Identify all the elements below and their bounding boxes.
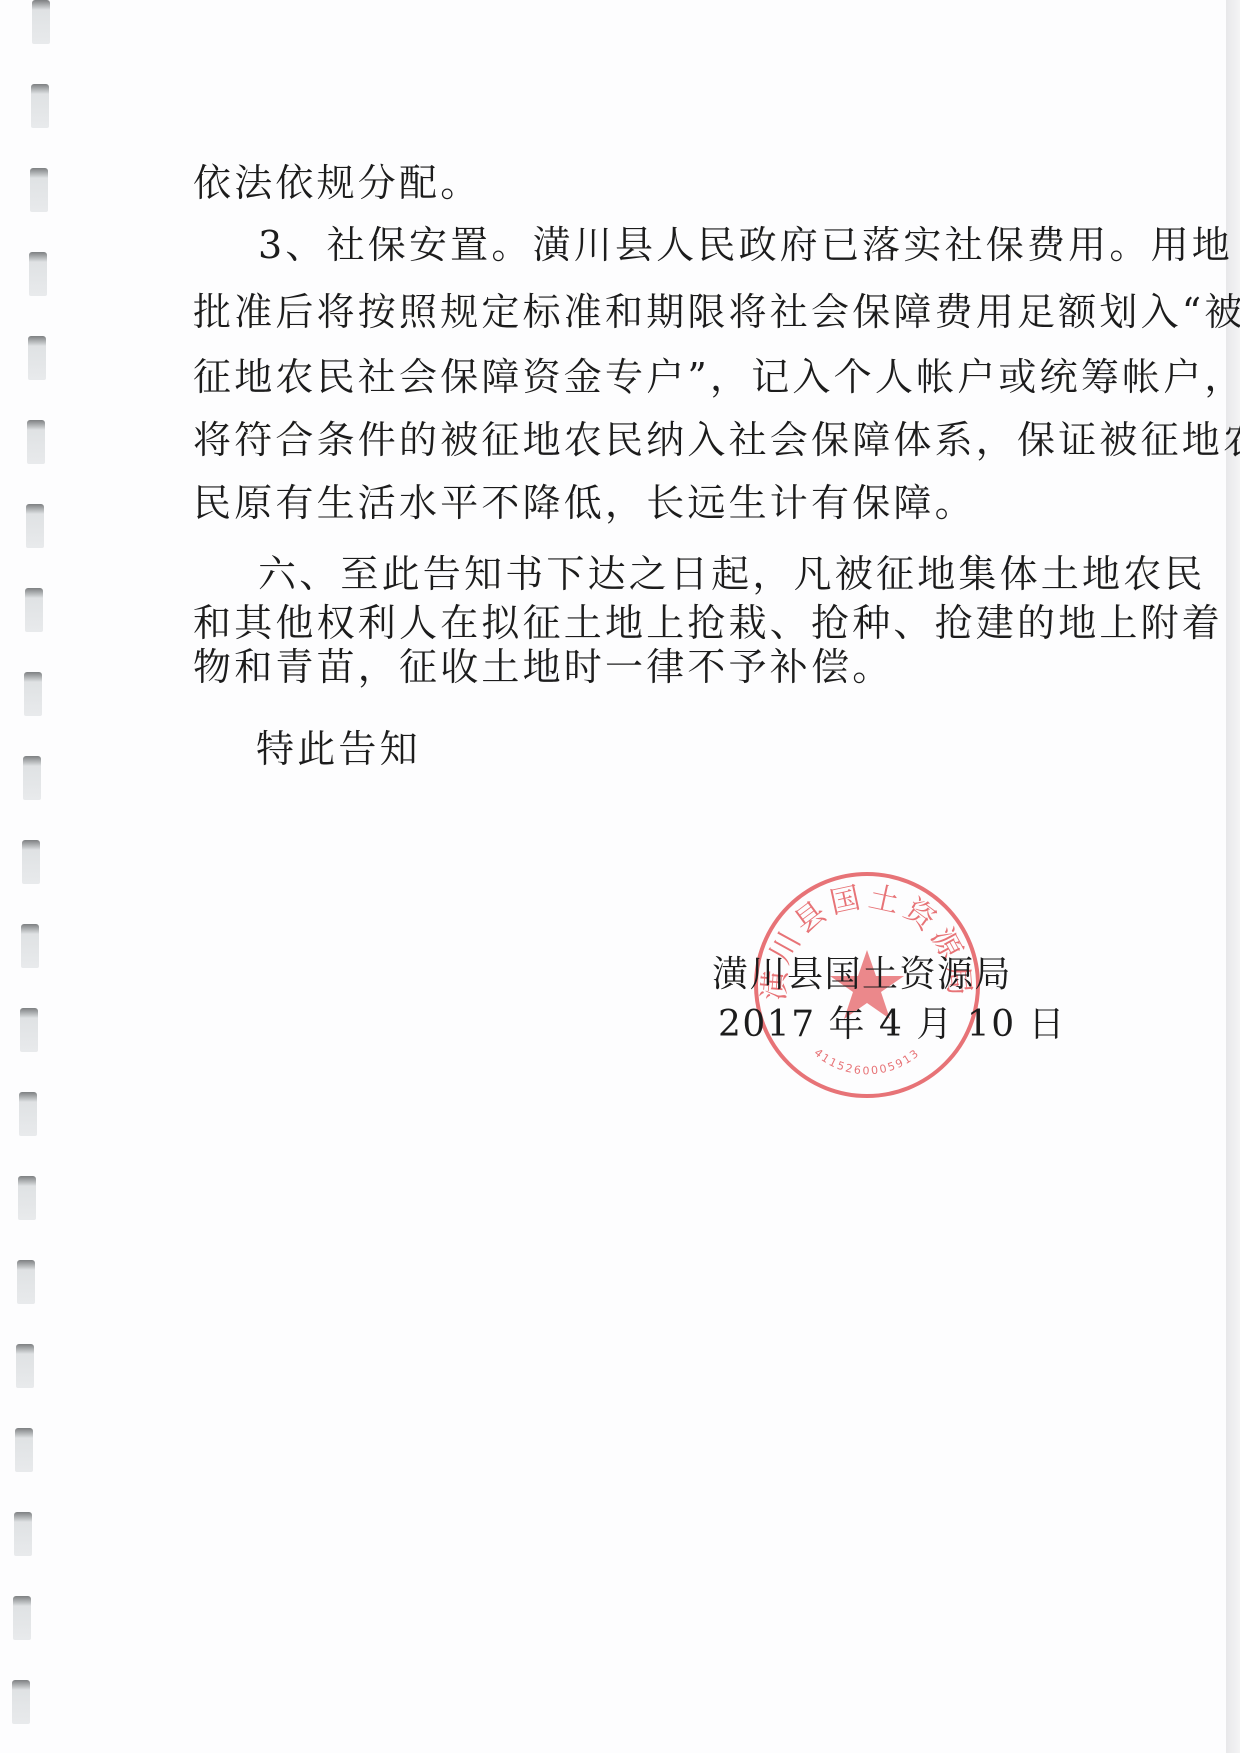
binding-hole xyxy=(14,1512,32,1556)
binding-hole xyxy=(15,1428,33,1472)
issue-date: 2017 年 4 月 10 日 xyxy=(718,996,1066,1047)
binding-hole xyxy=(13,1596,31,1640)
binding-hole xyxy=(31,84,49,128)
binding-hole xyxy=(12,1680,30,1724)
binding-hole xyxy=(28,336,46,380)
binding-hole xyxy=(30,168,48,212)
binding-hole xyxy=(16,1344,34,1388)
binding-hole xyxy=(22,840,40,884)
binding-hole xyxy=(17,1260,35,1304)
binding-hole xyxy=(21,924,39,968)
binding-holes xyxy=(0,0,60,1753)
binding-hole xyxy=(29,252,47,296)
issuer-name: 潢川县国土资源局 xyxy=(712,946,1012,997)
svg-text:4115260005913: 4115260005913 xyxy=(812,1046,923,1077)
paragraph-line: 物和青苗，征收土地时一律不予补偿。 xyxy=(193,645,1055,689)
paragraph-line: 和其他权利人在拟征土地上抢栽、抢种、抢建的地上附着 xyxy=(193,601,1055,645)
binding-hole xyxy=(25,588,43,632)
binding-hole xyxy=(27,420,45,464)
paragraph-line: 六、至此告知书下达之日起，凡被征地集体土地农民 xyxy=(258,552,1055,596)
stamp-serial: 4115260005913 xyxy=(812,1046,923,1077)
binding-hole xyxy=(20,1008,38,1052)
paragraph-line: 3、社保安置。潢川县人民政府已落实社保费用。用地 xyxy=(258,223,1055,267)
binding-hole xyxy=(32,0,50,44)
paragraph-line: 民原有生活水平不降低，长远生计有保障。 xyxy=(193,481,1055,525)
paragraph-line: 征地农民社会保障资金专户”，记入个人帐户或统筹帐户，并 xyxy=(193,355,1055,399)
binding-hole xyxy=(18,1176,36,1220)
binding-hole xyxy=(19,1092,37,1136)
closing-text: 特此告知 xyxy=(256,727,1118,771)
paragraph-line: 批准后将按照规定标准和期限将社会保障费用足额划入“被 xyxy=(193,290,1055,334)
paragraph-line: 依法依规分配。 xyxy=(193,161,1055,205)
binding-hole xyxy=(24,672,42,716)
binding-hole xyxy=(23,756,41,800)
binding-hole xyxy=(26,504,44,548)
paragraph-line: 将符合条件的被征地农民纳入社会保障体系，保证被征地农 xyxy=(193,418,1055,462)
